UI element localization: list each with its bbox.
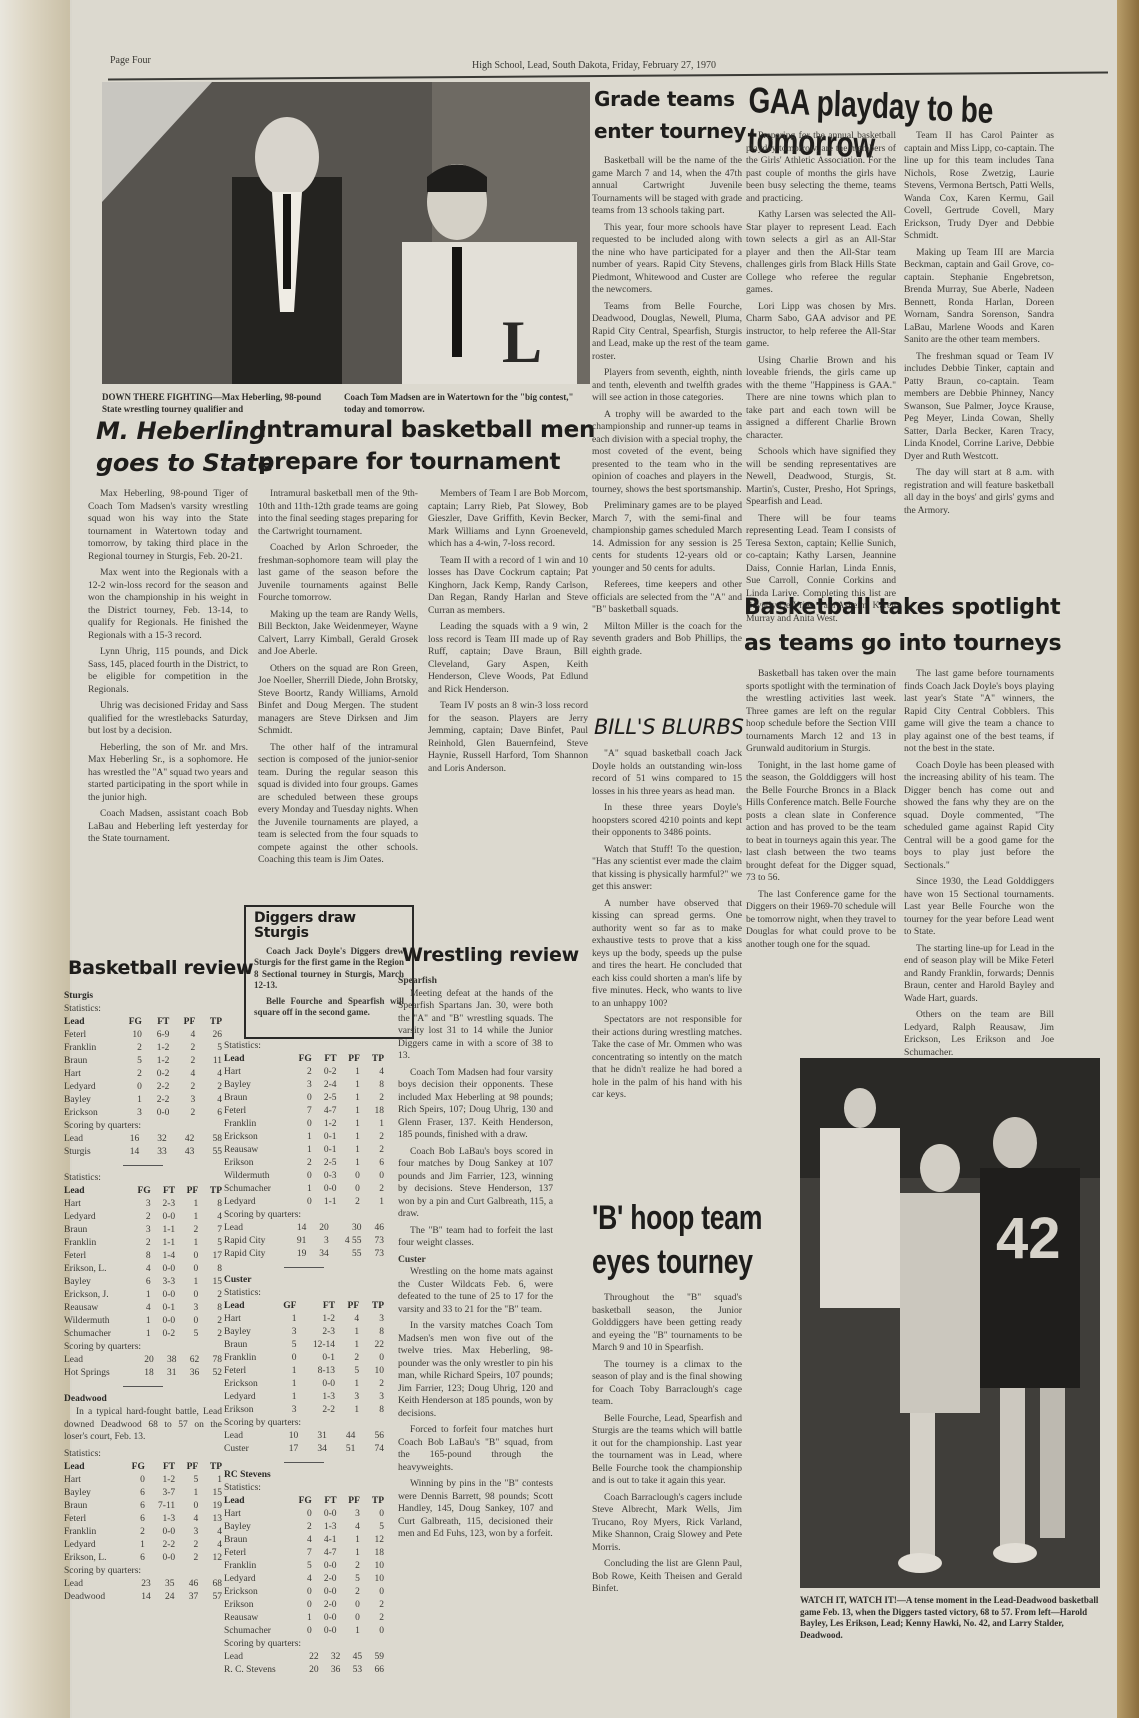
paragraph: Team II has Carol Painter as captain and…	[904, 130, 1054, 243]
game-opponent: Sturgis	[64, 990, 222, 1003]
paragraph: Basketball will be the name of the game …	[592, 155, 742, 218]
game-intro: In a typical hard-fought battle, Lead do…	[64, 1406, 222, 1444]
paragraph: Meeting defeat at the hands of the Spear…	[398, 988, 553, 1063]
table-row: Hart01-251	[64, 1474, 222, 1487]
table-row: Bayley21-345	[224, 1521, 384, 1534]
table-row: Erickson00-020	[224, 1586, 384, 1599]
table-row: Bayley63-7115	[64, 1487, 222, 1500]
paragraph: In these three years Doyle's hoopsters s…	[592, 802, 742, 840]
table-row: Ledyard20-014	[64, 1211, 222, 1224]
table-row: Erickson, J.10-002	[64, 1289, 222, 1302]
table-row: Erikson32-218	[224, 1404, 384, 1417]
b-hoop-headline-1: 'B' hoop team	[592, 1200, 762, 1237]
photo-illustration: 42	[800, 1058, 1100, 1588]
basketball-game-photo: 42	[800, 1058, 1100, 1588]
paragraph: Coach Tom Madsen had four varsity boys d…	[398, 1067, 553, 1142]
bottom-photo-caption: WATCH IT, WATCH IT!—A tense moment in th…	[800, 1595, 1100, 1641]
paragraph: Coach Bob LaBau's boys scored in four ma…	[398, 1146, 553, 1221]
paragraph: Coach Doyle has been pleased with the in…	[904, 760, 1054, 873]
intramural-article-col1: Intramural basketball men of the 9th-10t…	[258, 488, 418, 871]
table-row: Ledyard42-0510	[224, 1573, 384, 1586]
table-row: Hart11-243	[224, 1313, 384, 1326]
paragraph: Team IV posts an 8 win-3 loss record for…	[428, 700, 588, 775]
basketball-review-headline: Basketball review	[68, 958, 253, 979]
paragraph: The freshman squad or Team IV includes D…	[904, 351, 1054, 464]
table-row: Ledyard11-333	[224, 1391, 384, 1404]
wrestling-subhead: Spearfish	[398, 975, 553, 988]
table-row: Ledyard02-222	[64, 1081, 222, 1094]
paragraph: Throughout the "B" squad's basketball se…	[592, 1292, 742, 1355]
b-hoop-article: Throughout the "B" squad's basketball se…	[592, 1292, 742, 1600]
paragraph: Wrestling on the home mats against the C…	[398, 1266, 553, 1316]
paragraph: Making up the team are Randy Wells, Bill…	[258, 609, 418, 659]
paragraph: Intramural basketball men of the 9th-10t…	[258, 488, 418, 538]
paragraph: The tourney is a climax to the season of…	[592, 1359, 742, 1409]
heberling-headline-1: M. Heberling	[96, 418, 266, 444]
stats-table: LeadFGFTPFTP Hart20-214 Bayley32-418 Bra…	[224, 1053, 384, 1209]
table-row: Erickson30-026	[64, 1107, 222, 1120]
bills-blurbs-headline: BILL'S BLURBS	[594, 716, 744, 739]
quarters-label: Scoring by quarters:	[64, 1341, 222, 1354]
table-row: Erickson10-112	[224, 1131, 384, 1144]
paragraph: Coach Madsen, assistant coach Bob LaBau …	[88, 808, 248, 846]
paragraph: Basketball has taken over the main sport…	[746, 668, 896, 756]
quarters-table: Lead14203046 Rapid City9134 5573 Rapid C…	[224, 1222, 384, 1261]
table-row: Schumacher10-252	[64, 1328, 222, 1341]
stats-table-custer: LeadGFFTPFTP Hart11-243 Bayley32-318 Bra…	[224, 1300, 384, 1417]
paragraph: The starting line-up for Lead in the end…	[904, 943, 1054, 1006]
table-row: Bayley63-3115	[64, 1276, 222, 1289]
paragraph: This year, four more schools have reques…	[592, 222, 742, 297]
paragraph: Referees, time keepers and other officia…	[592, 579, 742, 617]
table-row: Reausaw40-138	[64, 1302, 222, 1315]
table-row: Wildermuth10-002	[64, 1315, 222, 1328]
gaa-article-col1: Preparing for the annual basketball play…	[746, 130, 896, 629]
table-row: Hart20-244	[64, 1068, 222, 1081]
jersey-number: 42	[996, 1206, 1061, 1271]
masthead: High School, Lead, South Dakota, Friday,…	[472, 60, 716, 71]
top-photo-caption-right: Coach Tom Madsen are in Watertown for th…	[344, 392, 594, 415]
paragraph: Coached by Arlon Schroeder, the freshman…	[258, 542, 418, 605]
newspaper-page: Page Four High School, Lead, South Dakot…	[72, 0, 1117, 1718]
paragraph: Leading the squads with a 9 win, 2 loss …	[428, 621, 588, 696]
paragraph: Milton Miller is the coach for the seven…	[592, 621, 742, 659]
page-label: Page Four	[110, 55, 151, 66]
quarters-label: Scoring by quarters:	[224, 1638, 384, 1651]
table-row: Braun67-11019	[64, 1500, 222, 1513]
quarters-label: Scoring by quarters:	[64, 1120, 222, 1133]
paragraph: Preliminary games are to be played March…	[592, 500, 742, 575]
paragraph: Lori Lipp was chosen by Mrs. Charm Sabo,…	[746, 301, 896, 351]
table-row: Feterl106-9426	[64, 1029, 222, 1042]
wrestling-subhead-custer: Custer	[398, 1254, 553, 1267]
paragraph: Belle Fourche, Lead, Spearfish and Sturg…	[592, 1413, 742, 1488]
grade-teams-headline-2: enter tourney	[594, 120, 746, 142]
wrestler-coach-photo: L	[102, 82, 590, 384]
stats-label: Statistics:	[64, 1172, 222, 1185]
paragraph: The last Conference game for the Diggers…	[746, 889, 896, 952]
paragraph: Others on the squad are Ron Green, Joe N…	[258, 663, 418, 738]
table-row: Braun02-512	[224, 1092, 384, 1105]
paragraph: A trophy will be awarded to the champion…	[592, 409, 742, 497]
table-row: Braun31-127	[64, 1224, 222, 1237]
stats-table-rc-stevens: LeadFGFTPFTP Hart00-030 Bayley21-345 Bra…	[224, 1495, 384, 1638]
table-row: Erickson10-012	[224, 1378, 384, 1391]
grade-teams-article: Basketball will be the name of the game …	[592, 155, 742, 662]
table-row: Bayley32-318	[224, 1326, 384, 1339]
table-row: Hart00-030	[224, 1508, 384, 1521]
bills-blurbs-article: "A" squad basketball coach Jack Doyle ho…	[592, 748, 742, 1106]
stats-label: Statistics:	[224, 1482, 384, 1495]
paragraph: Making up Team III are Marcia Beckman, c…	[904, 247, 1054, 347]
intramural-article-col2: Members of Team I are Bob Morcom, captai…	[428, 488, 588, 779]
spotlight-article-col2: The last game before tournaments finds C…	[904, 668, 1054, 1063]
paragraph: Kathy Larsen was selected the All-Star p…	[746, 209, 896, 297]
paragraph: In the varsity matches Coach Tom Madsen'…	[398, 1320, 553, 1420]
paragraph: Winning by pins in the "B" contests were…	[398, 1478, 553, 1541]
paragraph: Others on the team are Bill Ledyard, Ral…	[904, 1009, 1054, 1059]
quarters-table: Lead23354668 Deadwood14243757	[64, 1578, 222, 1604]
table-row: Feterl74-7118	[224, 1547, 384, 1560]
stats-label: Statistics:	[64, 1003, 222, 1016]
paragraph: Team II with a record of 1 win and 10 lo…	[428, 555, 588, 618]
paragraph: Using Charlie Brown and his loveable fri…	[746, 355, 896, 443]
table-row: Schumacher10-002	[224, 1183, 384, 1196]
quarters-label: Scoring by quarters:	[64, 1565, 222, 1578]
paragraph: Spectators are not responsible for their…	[592, 1014, 742, 1102]
table-row: Bayley32-418	[224, 1079, 384, 1092]
paragraph: Preparing for the annual basketball play…	[746, 130, 896, 205]
table-row: Erikson02-002	[224, 1599, 384, 1612]
separator	[284, 1267, 324, 1268]
table-row: Feterl61-3413	[64, 1513, 222, 1526]
game-opponent: Deadwood	[64, 1393, 222, 1406]
stats-label: Statistics:	[64, 1448, 222, 1461]
paragraph: Watch that Stuff! To the question, "Has …	[592, 844, 742, 894]
table-row: Braun51-2211	[64, 1055, 222, 1068]
separator	[123, 1386, 163, 1387]
quarters-table: Lead16324258 Sturgis14334355	[64, 1133, 222, 1159]
quarters-table: Lead22324559 R. C. Stevens20365366	[224, 1651, 384, 1677]
table-row: Reausaw10-002	[224, 1612, 384, 1625]
game-opponent: RC Stevens	[224, 1469, 384, 1482]
paragraph: Coach Jack Doyle's Diggers drew Sturgis …	[254, 946, 404, 992]
table-row: Franklin00-120	[224, 1352, 384, 1365]
diggers-box-headline: Diggers draw Sturgis	[254, 911, 404, 942]
paragraph: Players from seventh, eighth, ninth and …	[592, 367, 742, 405]
b-hoop-headline-2: eyes tourney	[592, 1244, 753, 1281]
paragraph: A number have observed that kissing can …	[592, 898, 742, 1011]
header-rule	[108, 72, 1108, 81]
paragraph: The other half of the intramural section…	[258, 742, 418, 867]
paragraph: Members of Team I are Bob Morcom, captai…	[428, 488, 588, 551]
diggers-draw-sturgis-box: Diggers draw Sturgis Coach Jack Doyle's …	[244, 905, 414, 1039]
grade-teams-headline-1: Grade teams	[594, 88, 735, 110]
quarters-label: Scoring by quarters:	[224, 1417, 384, 1430]
stats-table-hot-springs: LeadFGFTPFTP Hart32-318 Ledyard20-014 Br…	[64, 1185, 222, 1341]
heberling-article: Max Heberling, 98-pound Tiger of Coach T…	[88, 488, 248, 850]
paragraph: Schools which have signified they will b…	[746, 446, 896, 509]
paragraph: The day will start at 8 a.m. with regist…	[904, 467, 1054, 517]
wrestling-article: Spearfish Meeting defeat at the hands of…	[398, 975, 553, 1545]
game-opponent: Custer	[224, 1274, 384, 1287]
table-row: Franklin01-211	[224, 1118, 384, 1131]
svg-text:L: L	[502, 309, 542, 375]
table-row: Ledyard01-121	[224, 1196, 384, 1209]
spotlight-headline-1: Basketball takes spotlight	[744, 596, 1060, 620]
paragraph: Max Heberling, 98-pound Tiger of Coach T…	[88, 488, 248, 563]
paragraph: Max went into the Regionals with a 12-2 …	[88, 567, 248, 642]
paragraph: Coach Barraclough's cagers include Steve…	[592, 1492, 742, 1555]
paragraph: Tonight, in the last home game of the se…	[746, 760, 896, 885]
quarters-label: Scoring by quarters:	[224, 1209, 384, 1222]
table-row: Feterl74-7118	[224, 1105, 384, 1118]
stats-table-deadwood: LeadFGFTPFTP Hart01-251 Bayley63-7115 Br…	[64, 1461, 222, 1565]
photo-illustration: L	[102, 82, 590, 384]
table-row: Hart20-214	[224, 1066, 384, 1079]
paragraph: Since 1930, the Lead Golddiggers have wo…	[904, 876, 1054, 939]
table-row: Feterl81-4017	[64, 1250, 222, 1263]
table-row: Hart32-318	[64, 1198, 222, 1211]
quarters-table: Lead20386278 Hot Springs18313652	[64, 1354, 222, 1380]
table-row: Erikson, L.40-008	[64, 1263, 222, 1276]
stats-table: LeadFGFTPFTP Feterl106-9426 Franklin21-2…	[64, 1016, 222, 1120]
stats-label: Statistics:	[224, 1287, 384, 1300]
paragraph: Heberling, the son of Mr. and Mrs. Max H…	[88, 742, 248, 805]
table-row: Braun512-14122	[224, 1339, 384, 1352]
table-row: Bayley12-234	[64, 1094, 222, 1107]
top-photo-caption-left: DOWN THERE FIGHTING—Max Heberling, 98-po…	[102, 392, 332, 415]
paragraph: The "B" team had to forfeit the last fou…	[398, 1225, 553, 1250]
table-row: Franklin20-034	[64, 1526, 222, 1539]
book-binding-left	[0, 0, 70, 1718]
paragraph: Belle Fourche and Spearfish will square …	[254, 996, 404, 1019]
paragraph: "A" squad basketball coach Jack Doyle ho…	[592, 748, 742, 798]
table-row: Reausaw10-112	[224, 1144, 384, 1157]
table-row: Ledyard12-224	[64, 1539, 222, 1552]
gaa-article-col2: Team II has Carol Painter as captain and…	[904, 130, 1054, 521]
paragraph: Forced to forfeit four matches hurt Coac…	[398, 1424, 553, 1474]
book-binding-right	[1117, 0, 1139, 1718]
wrestling-review-headline: Wrestling review	[402, 945, 579, 966]
stats-game-sturgis: Sturgis Statistics: LeadFGFTPFTP Feterl1…	[64, 990, 222, 1604]
table-row: Franklin50-0210	[224, 1560, 384, 1573]
paragraph: Teams from Belle Fourche, Deadwood, Doug…	[592, 301, 742, 364]
heberling-headline-2: goes to State	[96, 450, 274, 476]
separator	[284, 1462, 324, 1463]
table-row: Schumacher00-010	[224, 1625, 384, 1638]
separator	[123, 1165, 163, 1166]
table-row: Wildermuth00-300	[224, 1170, 384, 1183]
spotlight-article-col1: Basketball has taken over the main sport…	[746, 668, 896, 955]
table-row: Erikson22-516	[224, 1157, 384, 1170]
paragraph: Uhrig was decisioned Friday and Sass qua…	[88, 700, 248, 738]
table-row: Erikson, L.60-0212	[64, 1552, 222, 1565]
paragraph: The last game before tournaments finds C…	[904, 668, 1054, 756]
table-row: Braun44-1112	[224, 1534, 384, 1547]
intramural-headline-1: Intramural basketball men	[258, 418, 595, 443]
table-row: Franklin21-225	[64, 1042, 222, 1055]
stats-game-rapid-city: Statistics: LeadFGFTPFTP Hart20-214 Bayl…	[224, 1040, 384, 1677]
paragraph: Lynn Uhrig, 115 pounds, and Dick Sass, 1…	[88, 646, 248, 696]
table-row: Feterl18-13510	[224, 1365, 384, 1378]
table-row: Franklin21-115	[64, 1237, 222, 1250]
stats-label: Statistics:	[224, 1040, 384, 1053]
intramural-headline-2: prepare for tournament	[258, 450, 560, 475]
quarters-table: Lead10314456 Custer17345174	[224, 1430, 384, 1456]
paragraph: Concluding the list are Glenn Paul, Bob …	[592, 1558, 742, 1596]
spotlight-headline-2: as teams go into tourneys	[744, 632, 1061, 656]
